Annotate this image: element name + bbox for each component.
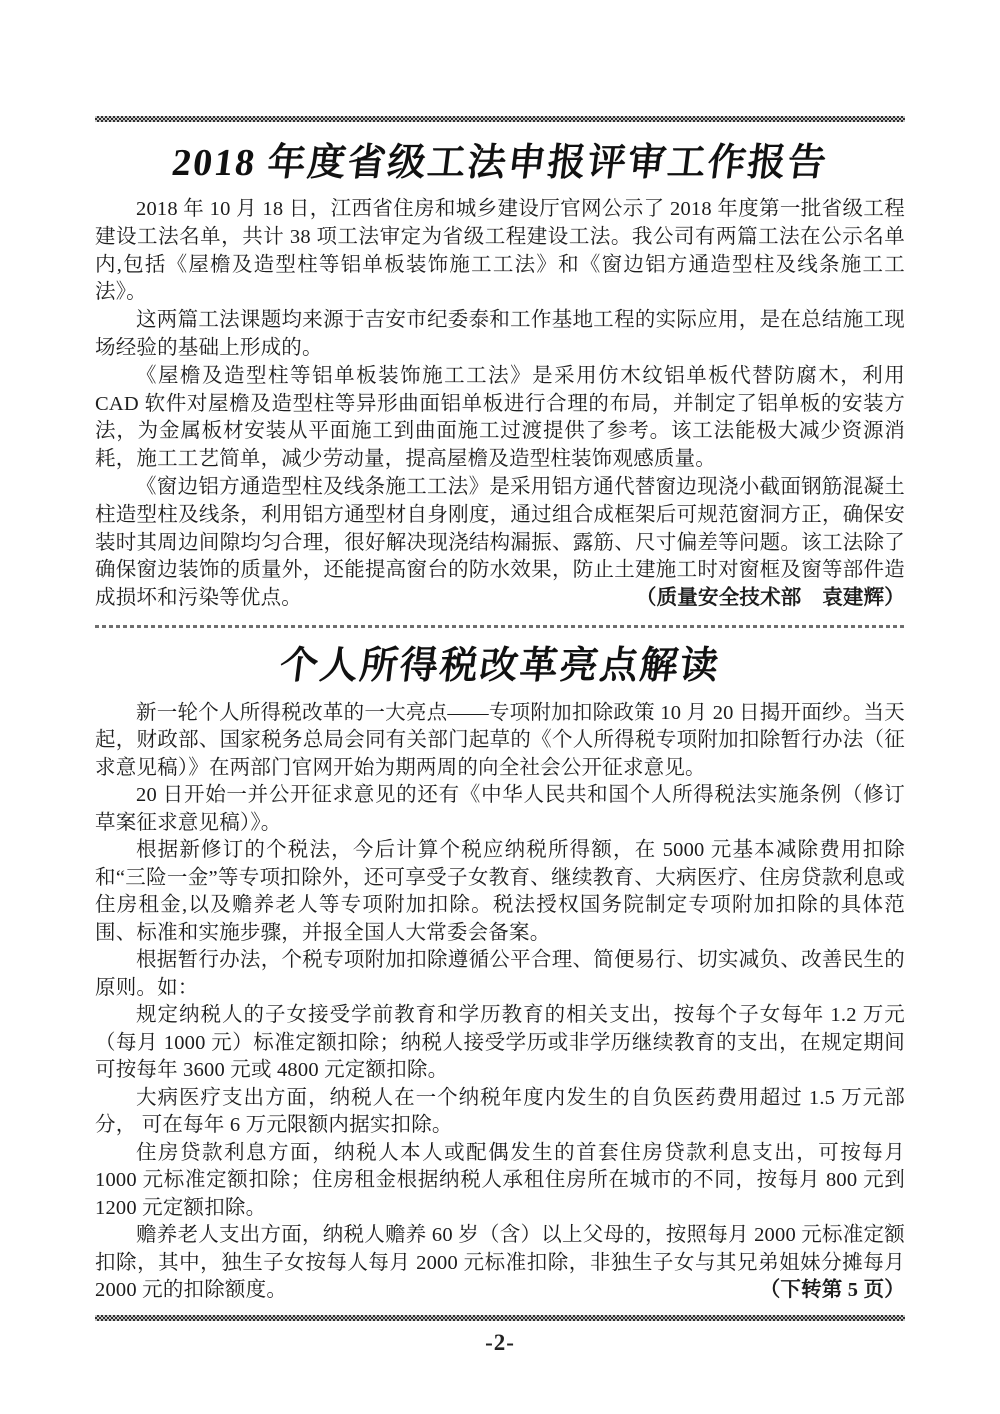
- article2-para-1: 新一轮个人所得税改革的一大亮点——专项附加扣除政策 10 月 20 日揭开面纱。…: [95, 700, 905, 783]
- top-rule: [95, 116, 905, 122]
- article-tax-reform: 个人所得税改革亮点解读 新一轮个人所得税改革的一大亮点——专项附加扣除政策 10…: [95, 638, 905, 1305]
- article1-para-1: 2018 年 10 月 18 日，江西省住房和城乡建设厅官网公示了 2018 年…: [95, 196, 905, 307]
- article2-para-4: 根据暂行办法，个税专项附加扣除遵循公平合理、简便易行、切实减负、改善民生的原则。…: [95, 947, 905, 1002]
- article1-para-4: 《窗边铝方通造型柱及线条施工工法》是采用铝方通代替窗边现浇小截面钢筋混凝土柱造型…: [95, 474, 905, 613]
- article2-para-5: 规定纳税人的子女接受学前教育和学历教育的相关支出，按每个子女每年 1.2 万元（…: [95, 1002, 905, 1085]
- article2-para-7: 住房贷款利息方面，纳税人本人或配偶发生的首套住房贷款利息支出，可按每月 1000…: [95, 1140, 905, 1223]
- article-gongfa-report: 2018 年度省级工法申报评审工作报告 2018 年 10 月 18 日，江西省…: [95, 136, 905, 613]
- bottom-rule: [95, 1315, 905, 1321]
- article1-para-2: 这两篇工法课题均来源于吉安市纪委泰和工作基地工程的实际应用，是在总结施工现场经验…: [95, 307, 905, 363]
- section-divider: [95, 625, 905, 628]
- article2-title: 个人所得税改革亮点解读: [92, 638, 909, 694]
- article1-body: 2018 年 10 月 18 日，江西省住房和城乡建设厅官网公示了 2018 年…: [95, 196, 905, 613]
- article2-para-3: 根据新修订的个税法，今后计算个税应纳税所得额，在 5000 元基本减除费用扣除和…: [95, 837, 905, 947]
- article2-para-2: 20 日开始一并公开征求意见的还有《中华人民共和国个人所得税法实施条例（修订草案…: [95, 782, 905, 837]
- article1-para-3: 《屋檐及造型柱等铝单板装饰施工工法》是采用仿木纹铝单板代替防腐木，利用 CAD …: [95, 363, 905, 474]
- continued-on-page-note: （下转第 5 页）: [760, 1277, 905, 1305]
- article2-para-8: 赡养老人支出方面，纳税人赡养 60 岁（含）以上父母的，按照每月 2000 元标…: [95, 1222, 905, 1305]
- article2-body: 新一轮个人所得税改革的一大亮点——专项附加扣除政策 10 月 20 日揭开面纱。…: [95, 700, 905, 1305]
- page-number: -2-: [95, 1330, 905, 1356]
- article1-title: 2018 年度省级工法申报评审工作报告: [92, 136, 909, 190]
- article2-para-6: 大病医疗支出方面，纳税人在一个纳税年度内发生的自负医药费用超过 1.5 万元部分…: [95, 1085, 905, 1140]
- article1-signature: （质量安全技术部 袁建辉）: [636, 585, 905, 613]
- newsletter-page: 2018 年度省级工法申报评审工作报告 2018 年 10 月 18 日，江西省…: [95, 0, 905, 1356]
